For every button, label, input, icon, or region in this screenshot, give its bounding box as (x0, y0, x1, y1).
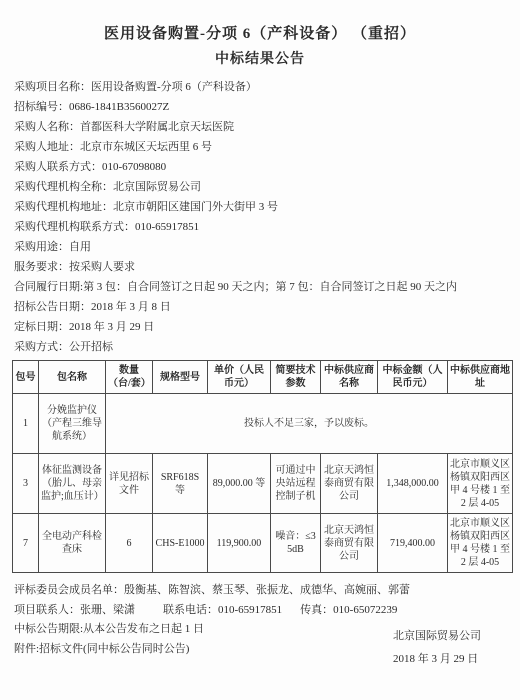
cell-quantity: 6 (106, 514, 153, 573)
info-line-agency-name: 采购代理机构全称：北京国际贸易公司 (12, 177, 508, 197)
cell-package-name: 全电动产科检查床 (39, 514, 106, 573)
field-label: 采购用途： (14, 241, 69, 253)
cell-package-no: 1 (13, 394, 39, 454)
field-value: 第 3 包：自合同签订之日起 90 天之内；第 7 包：自合同签订之日起 90 … (83, 281, 457, 293)
cell-tech-params: 可通过中央站远程控制子机 (271, 454, 321, 514)
cell-winner-name: 北京天鸿恒泰商贸有限公司 (321, 514, 378, 573)
field-label: 采购人联系方式： (14, 161, 102, 173)
committee-members-line: 评标委员会成员名单：殷衡基、陈智滨、蔡玉琴、张振龙、成德华、高婉丽、郭蕾 (12, 581, 508, 601)
header-model: 规格型号 (153, 361, 208, 394)
field-value: 010-67098080 (102, 161, 166, 173)
table-row-package-1: 1 分娩监护仪（产程三维导航系统） 投标人不足三家，予以废标。 (13, 394, 513, 454)
table-row-package-3: 3 体征监测设备（胎儿、母亲监护;血压计） 详见招标文件 SRF618S 等 8… (13, 454, 513, 514)
table-row-package-7: 7 全电动产科检查床 6 CHS-E1000 119,900.00 噪音：≤35… (13, 514, 513, 573)
field-value: 0686-1841B3560027Z (69, 101, 169, 113)
info-line-announce-date: 招标公告日期：2018 年 3 月 8 日 (12, 297, 508, 317)
cell-model: SRF618S 等 (153, 454, 208, 514)
cell-model: CHS-E1000 (153, 514, 208, 573)
info-line-purchase-method: 采购方式：公开招标 (12, 337, 508, 357)
signature-date: 2018 年 3 月 29 日 (393, 648, 481, 671)
announcement-document: 医用设备购置-分项 6（产科设备） （重招） 中标结果公告 采购项目名称：医用设… (0, 0, 520, 700)
signature-company: 北京国际贸易公司 (393, 625, 481, 648)
field-value: 2018 年 3 月 8 日 (91, 301, 171, 313)
info-line-purchaser-address: 采购人地址：北京市东城区天坛西里 6 号 (12, 137, 508, 157)
contact-fax: 传真：010-65072239 (300, 604, 397, 616)
field-value: 首都医科大学附属北京天坛医院 (80, 121, 234, 133)
field-label: 采购方式： (14, 341, 69, 353)
field-value: 北京国际贸易公司 (113, 181, 201, 193)
field-value: 北京市东城区天坛西里 6 号 (80, 141, 212, 153)
field-value: 北京市朝阳区建国门外大街甲 3 号 (113, 201, 278, 213)
field-label: 招标编号： (14, 101, 69, 113)
header-winner-address: 中标供应商地址 (448, 361, 513, 394)
field-label: 定标日期： (14, 321, 69, 333)
info-line-service-requirement: 服务要求：按采购人要求 (12, 257, 508, 277)
header-package-no: 包号 (13, 361, 39, 394)
contact-phone: 联系电话：010-65917851 (163, 604, 282, 616)
cell-package-no: 3 (13, 454, 39, 514)
cell-package-name: 体征监测设备（胎儿、母亲监护;血压计） (39, 454, 106, 514)
info-line-purchaser-contact: 采购人联系方式：010-67098080 (12, 157, 508, 177)
signature-block: 北京国际贸易公司 2018 年 3 月 29 日 (393, 625, 481, 671)
info-line-tender-no: 招标编号：0686-1841B3560027Z (12, 97, 508, 117)
field-value: 自用 (69, 241, 91, 253)
info-line-agency-contact: 采购代理机构联系方式：010-65917851 (12, 217, 508, 237)
header-winner-name: 中标供应商名称 (321, 361, 378, 394)
document-subtitle: 中标结果公告 (12, 51, 508, 69)
cell-tech-params: 噪音：≤35dB (271, 514, 321, 573)
cell-winner-name: 北京天鸿恒泰商贸有限公司 (321, 454, 378, 514)
field-label: 采购人地址： (14, 141, 80, 153)
field-value: 010-65917851 (135, 221, 199, 233)
cell-award-amount: 719,400.00 (378, 514, 448, 573)
field-value: 2018 年 3 月 29 日 (69, 321, 154, 333)
header-tech-params: 简要技术参数 (271, 361, 321, 394)
info-line-purchaser-name: 采购人名称：首都医科大学附属北京天坛医院 (12, 117, 508, 137)
header-package-name: 包名称 (39, 361, 106, 394)
cell-unit-price: 119,900.00 (208, 514, 271, 573)
header-unit-price: 单价（人民币元） (208, 361, 271, 394)
cell-package-name: 分娩监护仪（产程三维导航系统） (39, 394, 106, 454)
cell-quantity: 详见招标文件 (106, 454, 153, 514)
contact-line: 项目联系人：张珊、梁潇联系电话：010-65917851传真：010-65072… (12, 601, 508, 621)
cell-package-no: 7 (13, 514, 39, 573)
table-header-row: 包号 包名称 数量（台/套） 规格型号 单价（人民币元） 简要技术参数 中标供应… (13, 361, 513, 394)
field-label: 采购代理机构联系方式： (14, 221, 135, 233)
field-label: 采购人名称： (14, 121, 80, 133)
field-label: 采购项目名称： (14, 81, 91, 93)
contact-person: 项目联系人：张珊、梁潇 (14, 604, 135, 616)
cell-winner-address: 北京市顺义区杨镇双阳西区甲 4 号楼 1 至 2 层 4-05 (448, 514, 513, 573)
field-label: 合同履行日期: (14, 281, 83, 293)
field-label: 采购代理机构全称： (14, 181, 113, 193)
info-line-award-date: 定标日期：2018 年 3 月 29 日 (12, 317, 508, 337)
info-line-agency-address: 采购代理机构地址：北京市朝阳区建国门外大街甲 3 号 (12, 197, 508, 217)
info-line-project-name: 采购项目名称：医用设备购置-分项 6（产科设备） (12, 77, 508, 97)
field-value: 公开招标 (69, 341, 113, 353)
document-title: 医用设备购置-分项 6（产科设备） （重招） (12, 24, 508, 44)
field-label: 采购代理机构地址： (14, 201, 113, 213)
info-line-contract-period: 合同履行日期:第 3 包：自合同签订之日起 90 天之内；第 7 包：自合同签订… (12, 277, 508, 297)
info-block: 采购项目名称：医用设备购置-分项 6（产科设备） 招标编号：0686-1841B… (12, 77, 508, 357)
info-line-purchase-use: 采购用途：自用 (12, 237, 508, 257)
field-value: 按采购人要求 (69, 261, 135, 273)
cell-cancelled-note: 投标人不足三家，予以废标。 (106, 394, 513, 454)
cell-winner-address: 北京市顺义区杨镇双阳西区甲 4 号楼 1 至 2 层 4-05 (448, 454, 513, 514)
field-label: 服务要求： (14, 261, 69, 273)
header-quantity: 数量（台/套） (106, 361, 153, 394)
header-award-amount: 中标金额（人民币元） (378, 361, 448, 394)
cell-unit-price: 89,000.00 等 (208, 454, 271, 514)
field-label: 招标公告日期： (14, 301, 91, 313)
bid-result-table: 包号 包名称 数量（台/套） 规格型号 单价（人民币元） 简要技术参数 中标供应… (12, 360, 513, 573)
field-value: 医用设备购置-分项 6（产科设备） (91, 81, 257, 93)
cell-award-amount: 1,348,000.00 (378, 454, 448, 514)
